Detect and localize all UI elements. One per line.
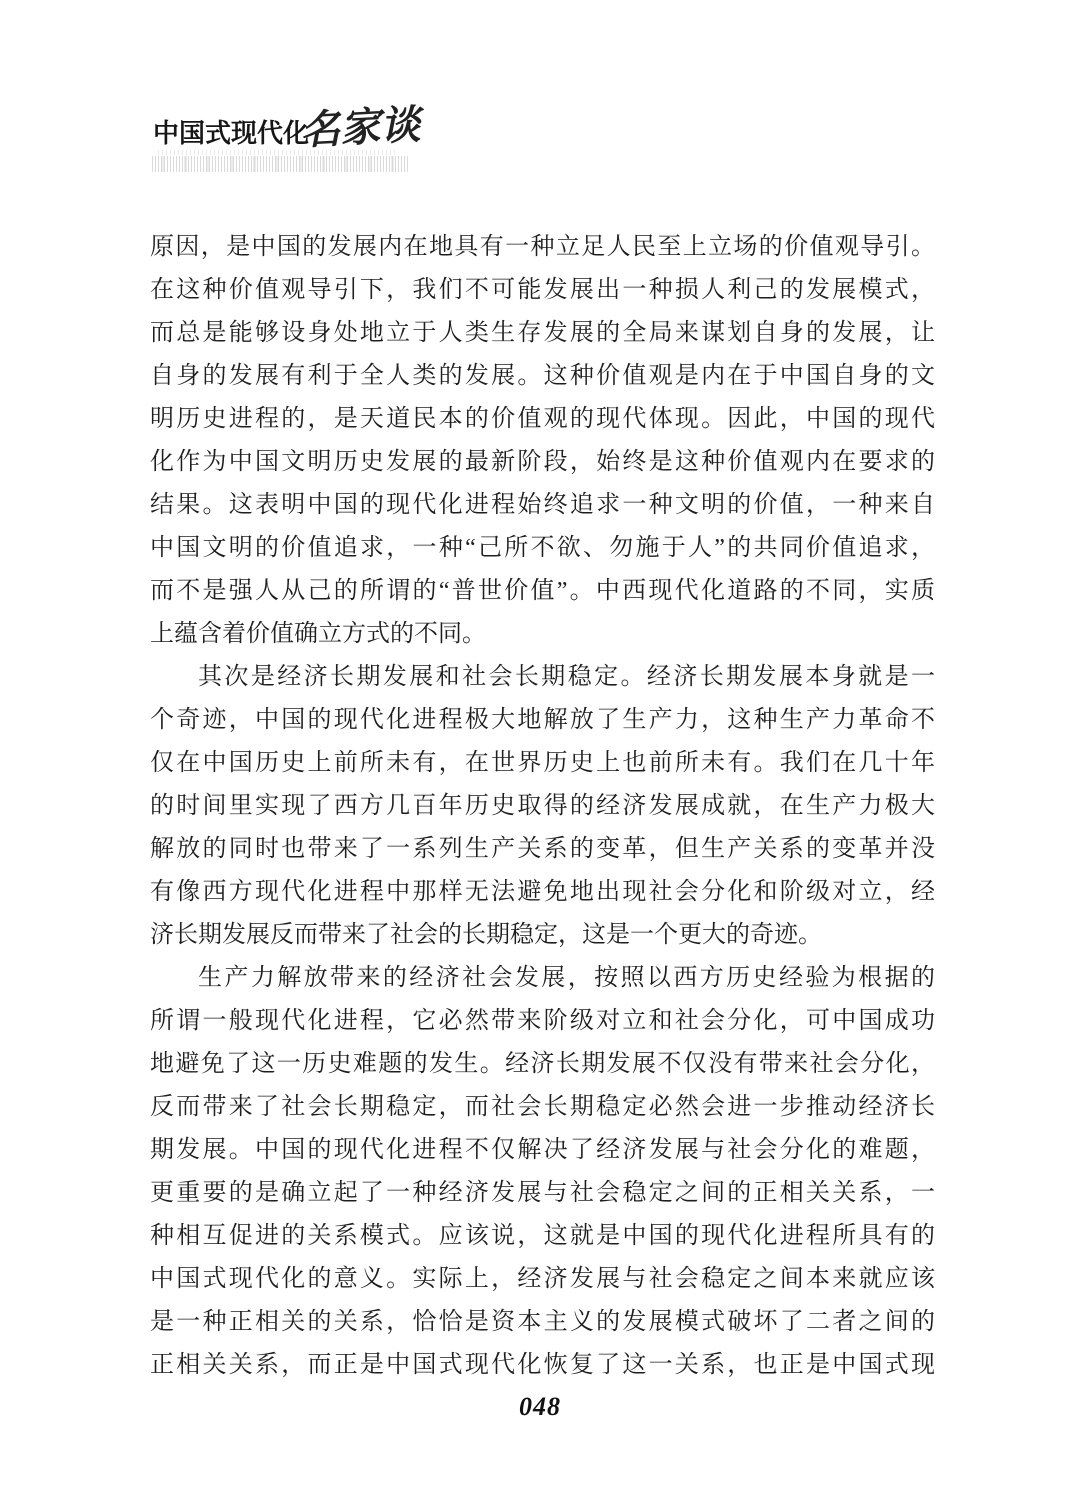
text-line: 种相互促进的关系模式。应该说，这就是中国的现代化进程所具有的 [150, 1215, 935, 1258]
text-line: 原因，是中国的发展内在地具有一种立足人民至上立场的价值观导引。 [150, 226, 935, 269]
text-line: 自身的发展有利于全人类的发展。这种价值观是内在于中国自身的文 [150, 355, 935, 398]
text-line: 结果。这表明中国的现代化进程始终追求一种文明的价值，一种来自 [150, 484, 935, 527]
text-line: 的时间里实现了西方几百年历史取得的经济发展成就，在生产力极大 [150, 785, 935, 828]
text-line: 是一种正相关的关系，恰恰是资本主义的发展模式破坏了二者之间的 [150, 1301, 935, 1344]
page-header: 中国式现代化 名家谈 [0, 0, 1080, 200]
text-line: 地避免了这一历史难题的发生。经济长期发展不仅没有带来社会分化， [150, 1043, 935, 1086]
text-line: 在这种价值观导引下，我们不可能发展出一种损人利己的发展模式， [150, 269, 935, 312]
text-line: 仅在中国历史上前所未有，在世界历史上也前所未有。我们在几十年 [150, 742, 935, 785]
book-page: 中国式现代化 名家谈 原因，是中国的发展内在地具有一种立足人民至上立场的价值观导… [0, 0, 1080, 1509]
text-line: 上蕴含着价值确立方式的不同。 [150, 613, 935, 656]
text-line: 而不是强人从己的所谓的“普世价值”。中西现代化道路的不同，实质 [150, 570, 935, 613]
text-line: 明历史进程的，是天道民本的价值观的现代体现。因此，中国的现代 [150, 398, 935, 441]
text-line: 有像西方现代化进程中那样无法避免地出现社会分化和阶级对立，经 [150, 871, 935, 914]
text-line: 中国式现代化的意义。实际上，经济发展与社会稳定之间本来就应该 [150, 1258, 935, 1301]
text-line: 期发展。中国的现代化进程不仅解决了经济发展与社会分化的难题， [150, 1129, 935, 1172]
body-text: 原因，是中国的发展内在地具有一种立足人民至上立场的价值观导引。 在这种价值观导引… [150, 226, 935, 1387]
text-line: 更重要的是确立起了一种经济发展与社会稳定之间的正相关关系，一 [150, 1172, 935, 1215]
text-line: 解放的同时也带来了一系列生产关系的变革，但生产关系的变革并没 [150, 828, 935, 871]
text-line: 所谓一般现代化进程，它必然带来阶级对立和社会分化，可中国成功 [150, 1000, 935, 1043]
text-line: 其次是经济长期发展和社会长期稳定。经济长期发展本身就是一 [150, 656, 935, 699]
text-line: 而总是能够设身处地立于人类生存发展的全局来谋划自身的发展，让 [150, 312, 935, 355]
text-line: 化作为中国文明历史发展的最新阶段，始终是这种价值观内在要求的 [150, 441, 935, 484]
paragraph-1: 原因，是中国的发展内在地具有一种立足人民至上立场的价值观导引。 在这种价值观导引… [150, 226, 935, 656]
paragraph-3: 生产力解放带来的经济社会发展，按照以西方历史经验为根据的 所谓一般现代化进程，它… [150, 957, 935, 1387]
text-line: 反而带来了社会长期稳定，而社会长期稳定必然会进一步推动经济长 [150, 1086, 935, 1129]
paragraph-2: 其次是经济长期发展和社会长期稳定。经济长期发展本身就是一 个奇迹，中国的现代化进… [150, 656, 935, 957]
text-line: 中国文明的价值追求，一种“己所不欲、勿施于人”的共同价值追求， [150, 527, 935, 570]
page-number: 048 [0, 1392, 1080, 1422]
text-line: 个奇迹，中国的现代化进程极大地解放了生产力，这种生产力革命不 [150, 699, 935, 742]
series-subtitle-calligraphy: 名家谈 [299, 93, 422, 156]
text-line: 正相关关系，而正是中国式现代化恢复了这一关系，也正是中国式现 [150, 1344, 935, 1387]
text-line: 济长期发展反而带来了社会的长期稳定，这是一个更大的奇迹。 [150, 914, 935, 957]
barcode-decoration-icon [152, 156, 408, 172]
series-title: 中国式现代化 [153, 113, 309, 150]
text-line: 生产力解放带来的经济社会发展，按照以西方历史经验为根据的 [150, 957, 935, 1000]
